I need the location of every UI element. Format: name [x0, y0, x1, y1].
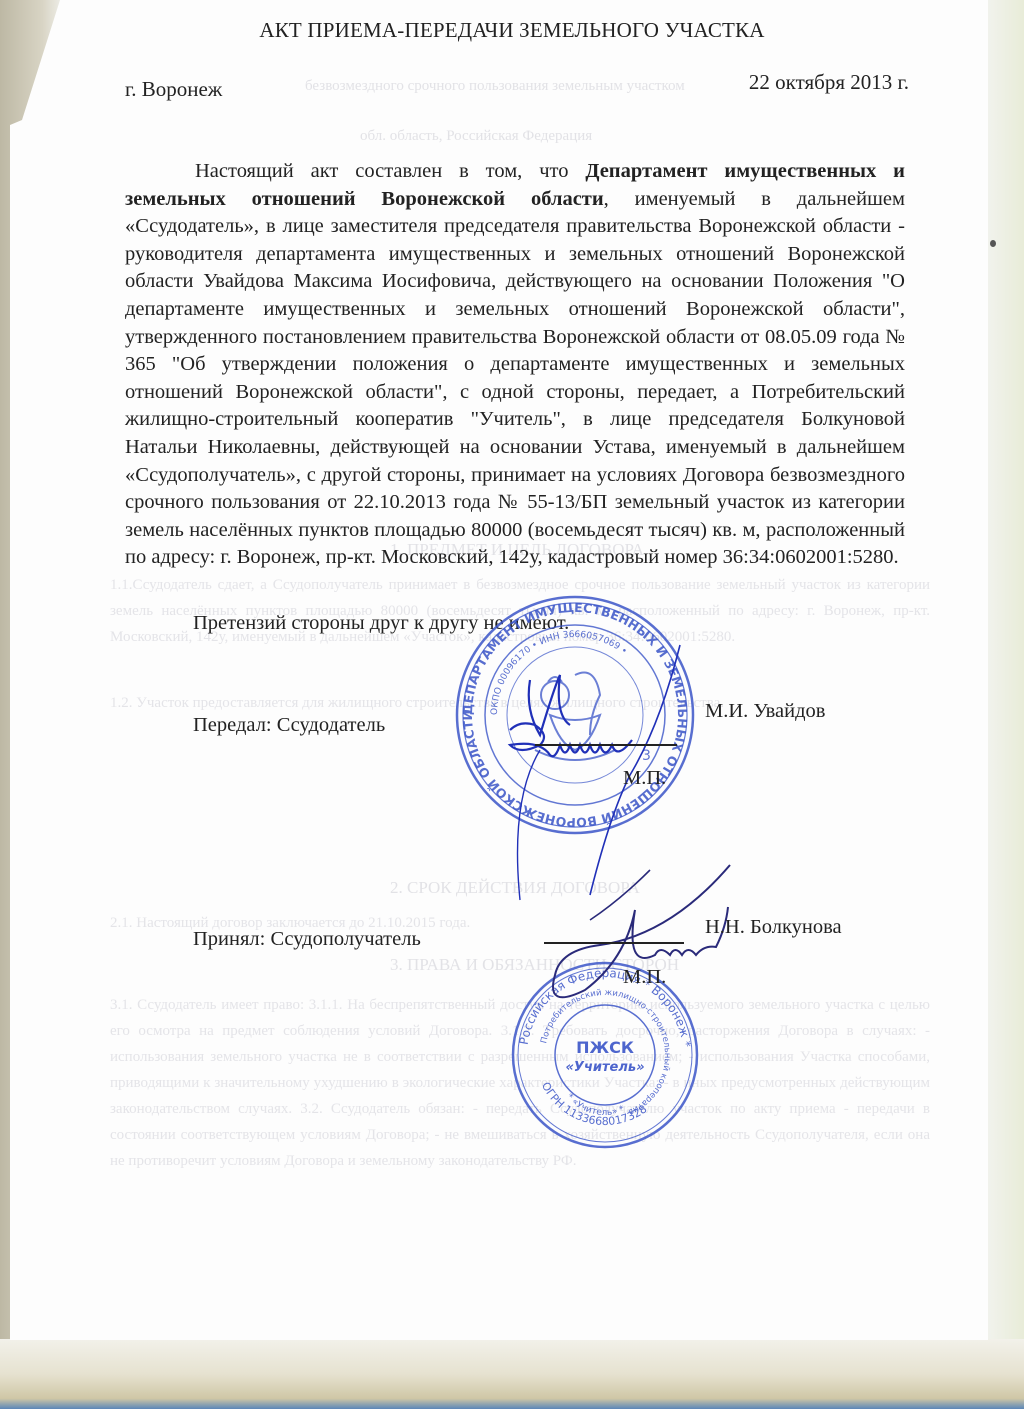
scan-speck — [990, 240, 996, 247]
recipient-name: Н.Н. Болкунова — [705, 916, 842, 939]
recipient-role: Принял: Ссудополучатель — [193, 928, 421, 951]
transferor-name: М.И. Увайдов — [705, 700, 825, 723]
signature-bolkunova — [480, 860, 740, 1000]
document-date: 22 октября 2013 г. — [749, 70, 909, 95]
bleed-header-2: обл. область, Российская Федерация — [360, 128, 592, 145]
scanner-bottom-edge — [0, 1339, 1024, 1409]
signature-line-transferor — [535, 744, 677, 746]
transferor-seal-mark: М.П. — [623, 767, 666, 790]
document-title: АКТ ПРИЕМА-ПЕРЕДАЧИ ЗЕМЕЛЬНОГО УЧАСТКА — [0, 18, 1024, 43]
cooperative-seal-center-2: «Учитель» — [565, 1060, 644, 1075]
signature-line-recipient — [544, 942, 684, 944]
bleed-header-1: безвозмездного срочного пользования земе… — [305, 78, 685, 95]
body-rest: , именуемый в дальнейшем «Ссудодатель», … — [125, 188, 905, 569]
body-intro: Настоящий акт составлен в том, что — [195, 160, 585, 182]
transferor-role: Передал: Ссудодатель — [193, 714, 385, 737]
document-body: Настоящий акт составлен в том, что Депар… — [125, 158, 905, 572]
document-city: г. Воронеж — [125, 77, 222, 102]
recipient-seal-mark: М.П. — [623, 966, 666, 989]
cooperative-seal-center-1: ПЖСК — [576, 1038, 634, 1057]
scanner-right-edge — [984, 0, 1024, 1409]
